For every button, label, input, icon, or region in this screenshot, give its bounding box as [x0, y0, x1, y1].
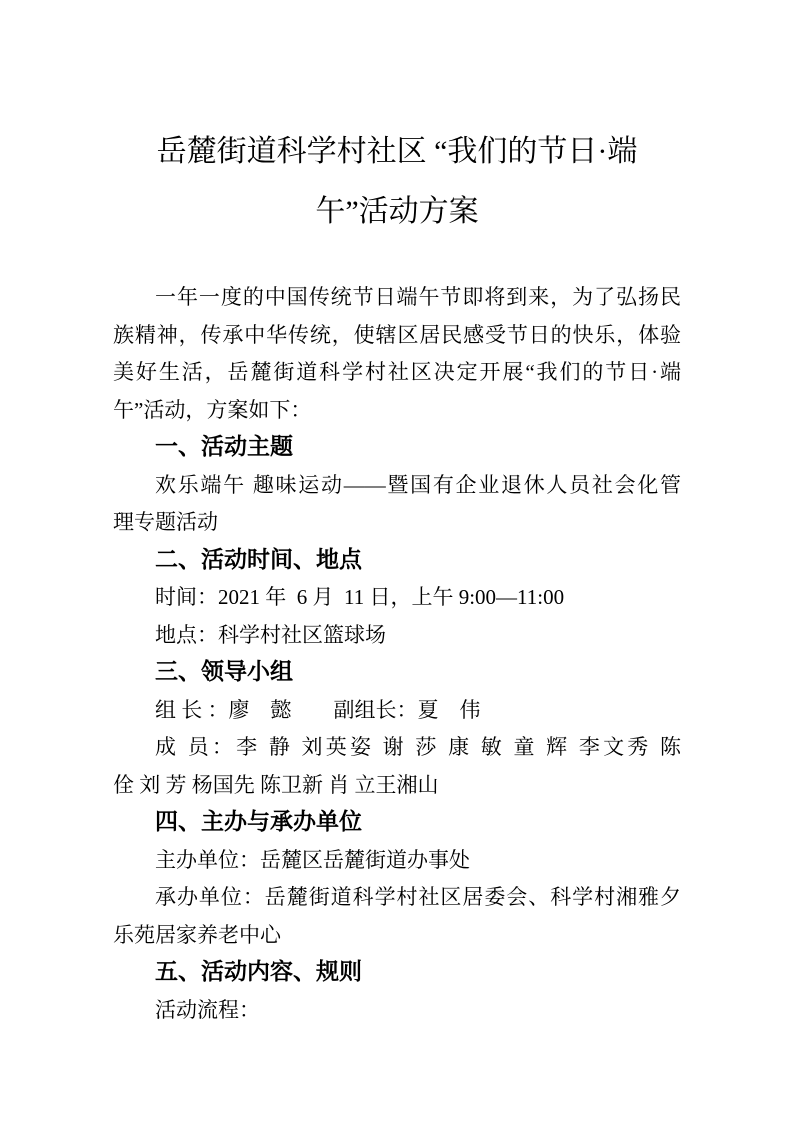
section-2-heading: 二、活动时间、地点	[113, 542, 681, 580]
members-line-1: 成 员：李 静 刘英姿 谢 莎 康 敏 童 辉 李文秀 陈	[113, 729, 681, 767]
theme-line-2: 理专题活动	[113, 504, 681, 542]
intro-line-2: 族精神，传承中华传统，使辖区居民感受节日的快乐，体验	[113, 317, 681, 355]
process-line: 活动流程：	[113, 992, 681, 1030]
section-5-heading: 五、活动内容、规则	[113, 954, 681, 992]
section-time-place: 二、活动时间、地点 时间：2021 年 6 月 11 日，上午 9:00—11:…	[113, 542, 681, 655]
document-content: 岳麓街道科学村社区 “我们的节日·端 午”活动方案 一年一度的中国传统节日端午节…	[113, 0, 681, 1029]
time-line: 时间：2021 年 6 月 11 日，上午 9:00—11:00	[113, 579, 681, 617]
document-title-line-2: 午”活动方案	[113, 182, 681, 242]
section-organizers: 四、主办与承办单位 主办单位：岳麓区岳麓街道办事处 承办单位：岳麓街道科学村社区…	[113, 804, 681, 954]
co-organizer-line-2: 乐苑居家养老中心	[113, 917, 681, 955]
section-4-heading: 四、主办与承办单位	[113, 804, 681, 842]
co-organizer-line-1: 承办单位：岳麓街道科学村社区居委会、科学村湘雅夕	[113, 879, 681, 917]
leaders-line: 组 长 ：廖 懿 副组长：夏 伟	[113, 692, 681, 730]
document-body: 一年一度的中国传统节日端午节即将到来，为了弘扬民 族精神，传承中华传统，使辖区居…	[113, 279, 681, 1029]
intro-line-3: 美好生活，岳麓街道科学村社区决定开展“我们的节日·端	[113, 354, 681, 392]
members-line-2: 佺 刘 芳 杨国先 陈卫新 肖 立王湘山	[113, 767, 681, 805]
section-3-heading: 三、领导小组	[113, 654, 681, 692]
intro-paragraph: 一年一度的中国传统节日端午节即将到来，为了弘扬民 族精神，传承中华传统，使辖区居…	[113, 279, 681, 429]
organizer-line: 主办单位：岳麓区岳麓街道办事处	[113, 842, 681, 880]
section-activity-theme: 一、活动主题 欢乐端午 趣味运动——暨国有企业退休人员社会化管 理专题活动	[113, 429, 681, 542]
document-page: 岳麓街道科学村社区 “我们的节日·端 午”活动方案 一年一度的中国传统节日端午节…	[0, 0, 794, 1122]
section-activity-content: 五、活动内容、规则 活动流程：	[113, 954, 681, 1029]
section-1-heading: 一、活动主题	[113, 429, 681, 467]
intro-line-4: 午”活动，方案如下：	[113, 392, 681, 430]
intro-line-1: 一年一度的中国传统节日端午节即将到来，为了弘扬民	[113, 279, 681, 317]
document-title: 岳麓街道科学村社区 “我们的节日·端 午”活动方案	[113, 122, 681, 242]
location-line: 地点：科学村社区篮球场	[113, 617, 681, 655]
document-title-line-1: 岳麓街道科学村社区 “我们的节日·端	[113, 122, 681, 182]
section-leading-group: 三、领导小组 组 长 ：廖 懿 副组长：夏 伟 成 员：李 静 刘英姿 谢 莎 …	[113, 654, 681, 804]
theme-line-1: 欢乐端午 趣味运动——暨国有企业退休人员社会化管	[113, 467, 681, 505]
